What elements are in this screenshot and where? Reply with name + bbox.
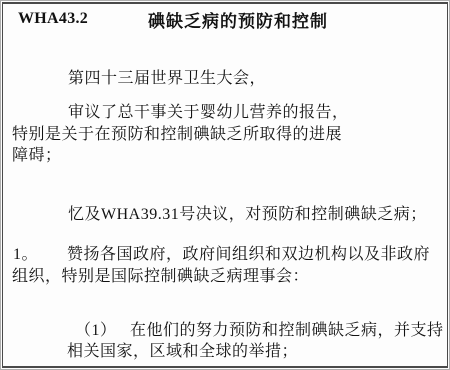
document-title: 碘缺乏病的预防和控制: [148, 7, 328, 32]
line-assembly-heading: 第四十三届世界卫生大会，: [68, 70, 266, 88]
operative-item-1-line-1: 赞扬各国政府，政府间组织和双边机构以及非政府: [67, 246, 430, 264]
operative-subitem-1-number: （1）: [75, 322, 117, 340]
operative-item-1-line-2: 组织，特别是国际控制碘缺乏病理事会：: [12, 268, 309, 286]
operative-subitem-1-line-2: 相关国家，区域和全球的举措；: [67, 343, 298, 361]
line-considered-report-2: 特别是关于在预防和控制碘缺乏所取得的进展: [12, 126, 342, 144]
operative-item-1-number: 1。: [13, 246, 38, 264]
resolution-number: WHA43.2: [18, 10, 88, 28]
operative-subitem-1-line-1: 在他们的努力预防和控制碘缺乏病，并支持: [130, 322, 444, 340]
line-recalling-resolution: 忆及WHA39.31号决议，对预防和控制碘缺乏病；: [68, 206, 427, 224]
line-considered-report-1: 审议了总干事关于婴幼儿营养的报告，: [68, 104, 349, 122]
document-content: WHA43.2 碘缺乏病的预防和控制 第四十三届世界卫生大会， 审议了总干事关于…: [0, 0, 450, 370]
line-considered-report-3: 障碍；: [12, 147, 62, 165]
resolution-document-page: WHA43.2 碘缺乏病的预防和控制 第四十三届世界卫生大会， 审议了总干事关于…: [0, 0, 450, 370]
